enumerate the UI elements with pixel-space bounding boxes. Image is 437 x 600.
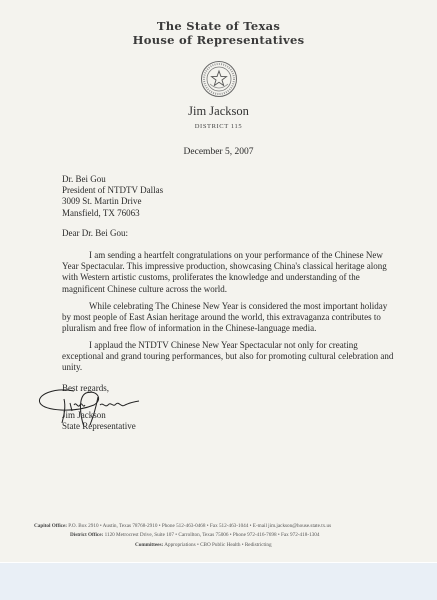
paragraph-2: While celebrating The Chinese New Year i… — [62, 301, 397, 335]
recipient-address: Dr. Bei Gou President of NTDTV Dallas 30… — [62, 174, 163, 219]
recipient-title: President of NTDTV Dallas — [62, 185, 163, 196]
footer-committees: Committees: Appropriations • CBO Public … — [135, 541, 435, 549]
texas-state-seal-icon — [200, 60, 238, 98]
footer-capitol-office: Capitol Office: P.O. Box 2910 • Austin, … — [34, 522, 434, 530]
salutation: Dear Dr. Bei Gou: — [62, 228, 128, 239]
letterhead-house: House of Representatives — [0, 33, 437, 47]
capitol-office-label: Capitol Office: — [34, 523, 67, 529]
committees-label: Committees: — [135, 542, 163, 548]
committees-text: Appropriations • CBO Public Health • Red… — [164, 542, 271, 548]
paragraph-3: I applaud the NTDTV Chinese New Year Spe… — [62, 340, 397, 374]
recipient-city: Mansfield, TX 76063 — [62, 208, 163, 219]
signer-title: State Representative — [62, 421, 136, 432]
paragraph-1: I am sending a heartfelt congratulations… — [62, 250, 397, 295]
footer-district-office: District Office: 1120 Metrocrest Drive, … — [70, 531, 430, 539]
signer-name: Jim Jackson — [62, 410, 106, 421]
recipient-name: Dr. Bei Gou — [62, 174, 163, 185]
capitol-office-text: P.O. Box 2910 • Austin, Texas 78768-2910… — [68, 523, 331, 529]
letterhead-state: The State of Texas — [0, 19, 437, 33]
district-office-text: 1120 Metrocrest Drive, Suite 107 • Carro… — [105, 532, 320, 538]
letter-page: The State of Texas House of Representati… — [0, 0, 437, 563]
letter-date: December 5, 2007 — [0, 147, 437, 157]
representative-name: Jim Jackson — [0, 104, 437, 119]
letterhead: The State of Texas House of Representati… — [0, 19, 437, 47]
district-office-label: District Office: — [70, 532, 103, 538]
district-label: DISTRICT 115 — [0, 123, 437, 130]
recipient-street: 3009 St. Martin Drive — [62, 196, 163, 207]
